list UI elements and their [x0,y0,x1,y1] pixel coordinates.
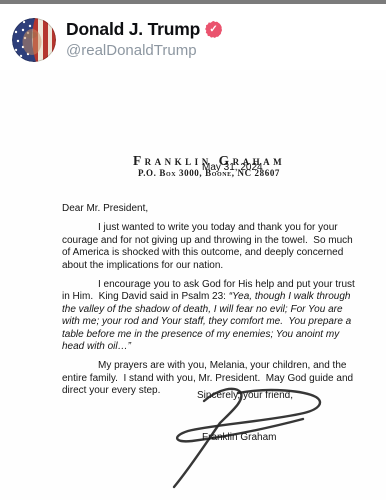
letter-date: May 31, 2024 [202,162,263,173]
author-name[interactable]: Donald J. Trump [66,19,200,40]
letter-body: Dear Mr. President, I just wanted to wri… [62,203,359,405]
flag-face-avatar-icon [12,18,56,62]
author-avatar[interactable] [12,18,56,62]
post-header[interactable]: Donald J. Trump ✓ @realDonaldTrump [12,18,374,62]
author-block: Donald J. Trump ✓ @realDonaldTrump [66,18,222,59]
post-screen: Donald J. Trump ✓ @realDonaldTrump Frank… [0,0,386,500]
salutation: Dear Mr. President, [62,203,359,215]
verified-icon: ✓ [205,21,222,38]
author-handle[interactable]: @realDonaldTrump [66,42,222,59]
paragraph-2: I encourage you to ask God for His help … [62,279,359,353]
letterhead: Franklin Graham P.O. Box 3000, Boone, NC… [0,154,386,179]
top-divider [0,0,386,4]
typed-signature-name: Franklin Graham [202,432,276,443]
paragraph-1: I just wanted to write you today and tha… [62,222,359,272]
letter-image[interactable]: Franklin Graham P.O. Box 3000, Boone, NC… [0,70,386,500]
closing-line: Sincerely, your friend, [197,390,293,401]
